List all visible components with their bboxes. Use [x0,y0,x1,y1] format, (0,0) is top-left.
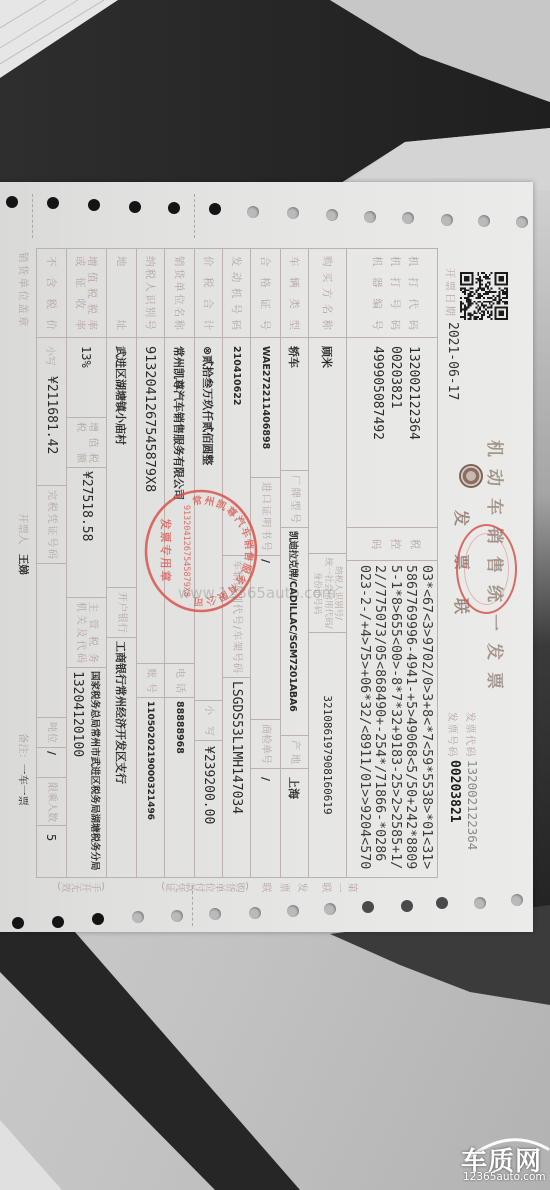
brand-url: 12365auto.com [463,1171,546,1183]
brand-swoosh-icon [0,0,550,1190]
photo-scene: 开票日期 2021-06-17 机动车销售统一发票 发票联 发票代码 13200… [0,0,550,1190]
